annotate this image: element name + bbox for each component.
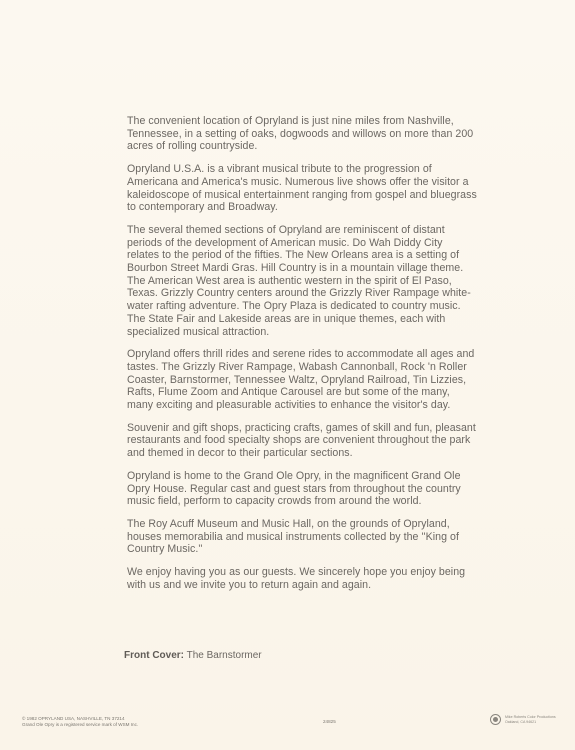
- footer-copyright: © 1982 OPRYLAND USA, NASHVILLE, TN 37214…: [22, 716, 138, 727]
- printer-logo-icon: [490, 714, 501, 725]
- trademark-line: Grand Ole Opry is a registered service m…: [22, 722, 138, 728]
- paragraph-location: The convenient location of Opryland is j…: [127, 115, 477, 153]
- catalog-number: 24825: [323, 719, 336, 724]
- paragraph-themed-sections: The several themed sections of Opryland …: [127, 224, 477, 338]
- printer-name: Mike Roberts Color Productions: [505, 715, 556, 720]
- body-text: The convenient location of Opryland is j…: [127, 115, 477, 602]
- printer-credit: Mike Roberts Color Productions Oakland, …: [490, 714, 556, 725]
- caption-text: The Barnstormer: [184, 650, 262, 661]
- paragraph-closing: We enjoy having you as our guests. We si…: [127, 566, 477, 591]
- printer-text: Mike Roberts Color Productions Oakland, …: [505, 715, 556, 725]
- front-cover-caption: Front Cover: The Barnstormer: [124, 650, 262, 661]
- copyright-line: © 1982 OPRYLAND USA, NASHVILLE, TN 37214: [22, 716, 138, 722]
- printer-address: Oakland, CA 94621: [505, 720, 556, 725]
- paragraph-rides: Opryland offers thrill rides and serene …: [127, 348, 477, 412]
- caption-label: Front Cover:: [124, 650, 184, 661]
- paragraph-grand-ole-opry: Opryland is home to the Grand Ole Opry, …: [127, 470, 477, 508]
- page: The convenient location of Opryland is j…: [0, 0, 575, 750]
- paragraph-musical-tribute: Opryland U.S.A. is a vibrant musical tri…: [127, 163, 477, 214]
- paragraph-shops: Souvenir and gift shops, practicing craf…: [127, 422, 477, 460]
- paragraph-roy-acuff-museum: The Roy Acuff Museum and Music Hall, on …: [127, 518, 477, 556]
